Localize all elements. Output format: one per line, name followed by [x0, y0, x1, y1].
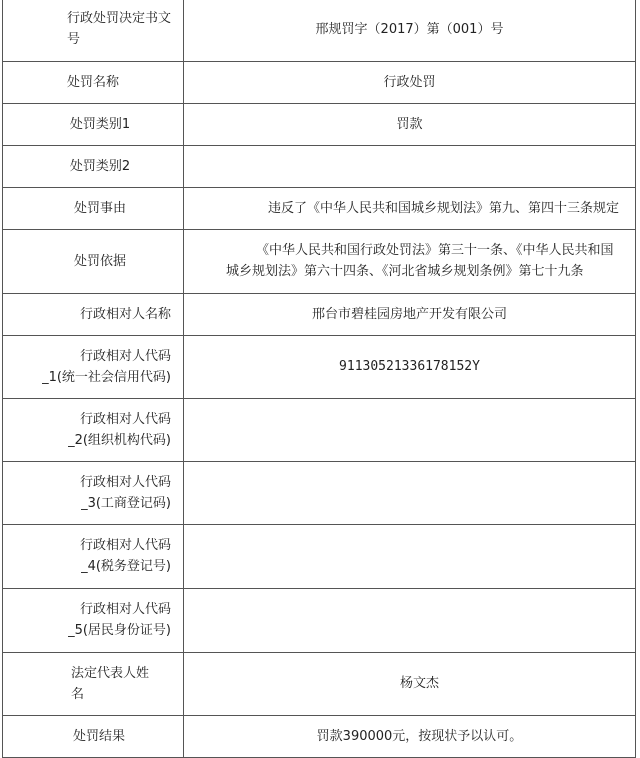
value-penalty-basis: 《中华人民共和国行政处罚法》第三十一条、《中华人民共和国 城乡规划法》第六十四条…	[184, 229, 636, 293]
label-legal-representative: 法定代表人姓名	[3, 652, 184, 715]
value-decision-number: 邢规罚字（2017）第（001）号	[184, 0, 636, 61]
table-row-party-code-4: 行政相对人代码_4(税务登记号)	[3, 524, 636, 588]
label-line: _4(税务登记号)	[81, 559, 171, 574]
label-line: 号	[67, 32, 80, 47]
label-penalty-reason: 处罚事由	[3, 187, 184, 229]
label-decision-number: 行政处罚决定书文号	[3, 0, 184, 61]
label-line: _5(居民身份证号)	[68, 623, 171, 638]
label-line: 行政相对人代码	[80, 538, 171, 553]
table-row-penalty-name: 处罚名称 行政处罚	[3, 61, 636, 103]
value-legal-representative: 杨文杰	[184, 652, 636, 715]
value-penalty-result: 罚款390000元，按现状予以认可。	[184, 715, 636, 757]
label-party-code-2: 行政相对人代码_2(组织机构代码)	[3, 398, 184, 461]
label-party-code-5: 行政相对人代码_5(居民身份证号)	[3, 588, 184, 652]
basis-line: 城乡规划法》第六十四条、《河北省城乡规划条例》第七十九条	[226, 261, 625, 282]
table-row-penalty-type-1: 处罚类别1 罚款	[3, 103, 636, 145]
label-line: 行政相对人代码	[80, 412, 171, 427]
table-row-penalty-result: 处罚结果 罚款390000元，按现状予以认可。	[3, 715, 636, 757]
label-line: 行政处罚决定书文	[67, 11, 171, 26]
table-row-party-code-3: 行政相对人代码_3(工商登记码)	[3, 461, 636, 524]
table-row-penalty-type-2: 处罚类别2	[3, 145, 636, 187]
value-penalty-reason: 违反了《中华人民共和国城乡规划法》第九、第四十三条规定	[184, 187, 636, 229]
label-line: 名	[71, 687, 84, 702]
table-row-decision-number: 行政处罚决定书文号 邢规罚字（2017）第（001）号	[3, 0, 636, 61]
value-party-name: 邢台市碧桂园房地产开发有限公司	[184, 293, 636, 335]
label-penalty-type-2: 处罚类别2	[3, 145, 184, 187]
value-party-code-2	[184, 398, 636, 461]
table-row-party-code-5: 行政相对人代码_5(居民身份证号)	[3, 588, 636, 652]
label-party-code-3: 行政相对人代码_3(工商登记码)	[3, 461, 184, 524]
label-party-name: 行政相对人名称	[3, 293, 184, 335]
label-line: 法定代表人姓	[71, 666, 149, 681]
value-party-code-4	[184, 524, 636, 588]
label-penalty-type-1: 处罚类别1	[3, 103, 184, 145]
value-penalty-type-1: 罚款	[184, 103, 636, 145]
label-line: 行政相对人代码	[80, 349, 171, 364]
label-penalty-name: 处罚名称	[3, 61, 184, 103]
value-party-code-5	[184, 588, 636, 652]
table-row-party-code-2: 行政相对人代码_2(组织机构代码)	[3, 398, 636, 461]
table-row-penalty-basis: 处罚依据 《中华人民共和国行政处罚法》第三十一条、《中华人民共和国 城乡规划法》…	[3, 229, 636, 293]
label-penalty-basis: 处罚依据	[3, 229, 184, 293]
table-row-party-code-1: 行政相对人代码_1(统一社会信用代码) 91130521336178152Y	[3, 335, 636, 398]
value-party-code-3	[184, 461, 636, 524]
basis-line: 《中华人民共和国行政处罚法》第三十一条、《中华人民共和国	[226, 240, 625, 261]
label-party-code-4: 行政相对人代码_4(税务登记号)	[3, 524, 184, 588]
label-penalty-result: 处罚结果	[3, 715, 184, 757]
value-penalty-type-2	[184, 145, 636, 187]
label-line: _3(工商登记码)	[81, 496, 171, 511]
label-party-code-1: 行政相对人代码_1(统一社会信用代码)	[3, 335, 184, 398]
label-line: _2(组织机构代码)	[68, 433, 171, 448]
value-penalty-name: 行政处罚	[184, 61, 636, 103]
table-row-penalty-reason: 处罚事由 违反了《中华人民共和国城乡规划法》第九、第四十三条规定	[3, 187, 636, 229]
table-row-legal-representative: 法定代表人姓名 杨文杰	[3, 652, 636, 715]
value-party-code-1: 91130521336178152Y	[184, 335, 636, 398]
table-row-party-name: 行政相对人名称 邢台市碧桂园房地产开发有限公司	[3, 293, 636, 335]
penalty-info-table: 行政处罚决定书文号 邢规罚字（2017）第（001）号 处罚名称 行政处罚 处罚…	[2, 0, 636, 758]
label-line: 行政相对人代码	[80, 602, 171, 617]
label-line: 行政相对人代码	[80, 475, 171, 490]
label-line: _1(统一社会信用代码)	[42, 370, 171, 385]
